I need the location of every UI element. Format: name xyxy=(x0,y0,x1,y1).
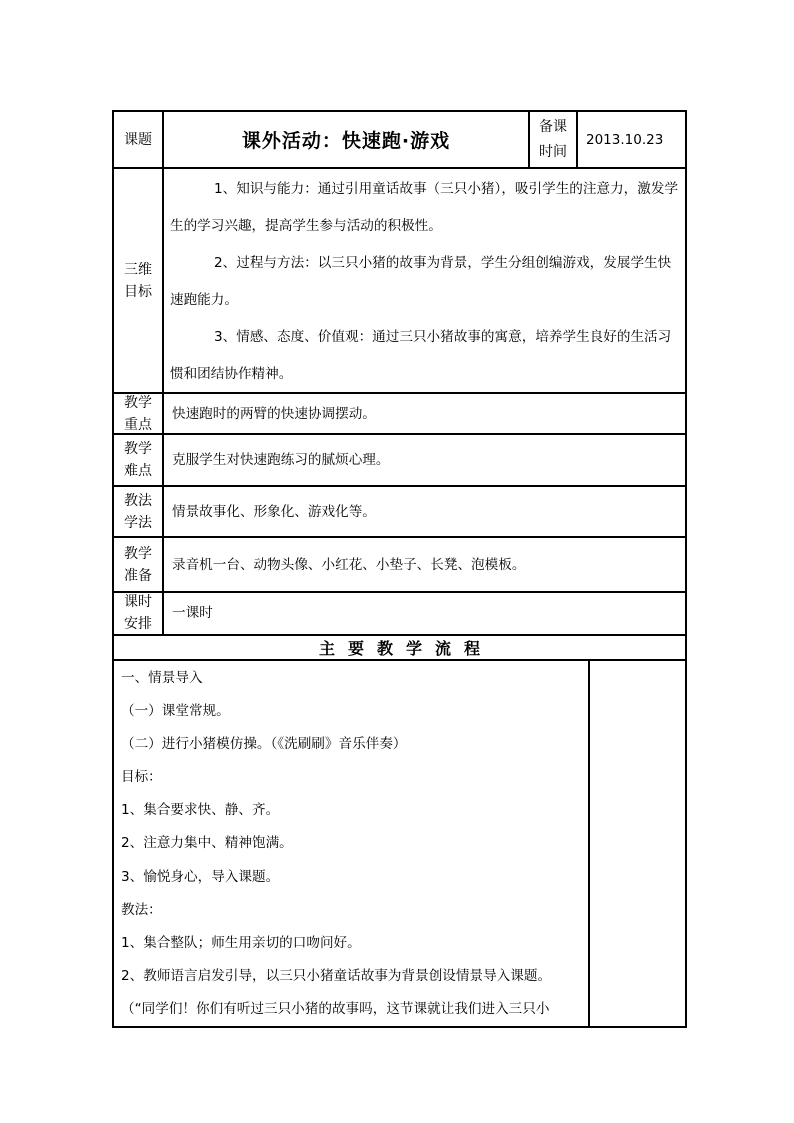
flow-line: 目标： xyxy=(121,761,580,794)
label-line: 教法 xyxy=(124,490,152,512)
focus-label-cell: 教学 重点 xyxy=(114,394,164,433)
goals-label-cell: 三维 目标 xyxy=(114,169,164,392)
table-row-methods: 教法 学法 情景故事化、形象化、游戏化等。 xyxy=(114,487,685,539)
lesson-title-cell: 课外活动：快速跑·游戏 xyxy=(164,112,530,167)
prep-label-line: 时间 xyxy=(539,140,567,165)
section-title: 主要教学流程 xyxy=(114,636,685,659)
flow-content-cell: 一、情景导入 （一）课堂常规。 （二）进行小猪模仿操。（《洗刷刷》音乐伴奏） 目… xyxy=(114,661,590,1026)
flow-line: 2、注意力集中、精神饱满。 xyxy=(121,827,580,860)
label-line: 准备 xyxy=(124,565,152,587)
focus-content: 快速跑时的两臂的快速协调摆动。 xyxy=(164,394,685,433)
flow-line: （“同学们！你们有听过三只小猪的故事吗，这节课就让我们进入三只小 xyxy=(121,993,580,1026)
lesson-title: 课外活动：快速跑·游戏 xyxy=(242,126,450,153)
prep-label-line: 备课 xyxy=(539,115,567,140)
prep-date: 2013.10.23 xyxy=(586,132,663,148)
topic-label: 课题 xyxy=(124,129,152,151)
table-row-focus: 教学 重点 快速跑时的两臂的快速协调摆动。 xyxy=(114,394,685,435)
notes-column xyxy=(590,661,685,1026)
label-line: 教学 xyxy=(124,543,152,565)
schedule-content: 一课时 xyxy=(164,593,685,634)
flow-line: 1、集合要求快、静、齐。 xyxy=(121,794,580,827)
schedule-label-cell: 课时 安排 xyxy=(114,593,164,634)
label-line: 目标 xyxy=(124,281,152,303)
table-row-flow: 一、情景导入 （一）课堂常规。 （二）进行小猪模仿操。（《洗刷刷》音乐伴奏） 目… xyxy=(114,661,685,1026)
label-line: 教学 xyxy=(124,438,152,460)
table-row-schedule: 课时 安排 一课时 xyxy=(114,593,685,636)
table-row-topic: 课题 课外活动：快速跑·游戏 备课 时间 2013.10.23 xyxy=(114,112,685,169)
label-line: 安排 xyxy=(124,613,152,634)
table-row-goals: 三维 目标 1、知识与能力：通过引用童话故事（三只小猪），吸引学生的注意力，激发… xyxy=(114,169,685,394)
prep-time-label-cell: 备课 时间 xyxy=(530,112,578,167)
prep-date-cell: 2013.10.23 xyxy=(578,112,685,167)
flow-line: 3、愉悦身心，导入课题。 xyxy=(121,861,580,894)
table-row-preparation: 教学 准备 录音机一台、动物头像、小红花、小垫子、长凳、泡模板。 xyxy=(114,538,685,592)
difficulty-content: 克服学生对快速跑练习的腻烦心理。 xyxy=(164,435,685,485)
flow-line: （二）进行小猪模仿操。（《洗刷刷》音乐伴奏） xyxy=(121,728,580,761)
goal-paragraph: 2、过程与方法：以三只小猪的故事为背景，学生分组创编游戏，发展学生快速跑能力。 xyxy=(170,245,679,319)
table-row-difficulty: 教学 难点 克服学生对快速跑练习的腻烦心理。 xyxy=(114,435,685,487)
flow-line: 教法： xyxy=(121,894,580,927)
goals-content-cell: 1、知识与能力：通过引用童话故事（三只小猪），吸引学生的注意力，激发学生的学习兴… xyxy=(164,169,685,392)
goal-paragraph: 1、知识与能力：通过引用童话故事（三只小猪），吸引学生的注意力，激发学生的学习兴… xyxy=(170,171,679,245)
methods-content: 情景故事化、形象化、游戏化等。 xyxy=(164,487,685,537)
flow-line: 2、教师语言启发引导，以三只小猪童话故事为背景创设情景导入课题。 xyxy=(121,960,580,993)
label-line: 三维 xyxy=(124,259,152,281)
methods-label-cell: 教法 学法 xyxy=(114,487,164,537)
label-line: 课时 xyxy=(124,593,152,614)
difficulty-label-cell: 教学 难点 xyxy=(114,435,164,485)
label-line: 难点 xyxy=(124,460,152,482)
document-page: 课题 课外活动：快速跑·游戏 备课 时间 2013.10.23 三维 目标 1、… xyxy=(0,0,794,1123)
label-line: 重点 xyxy=(124,414,152,434)
flow-line: （一）课堂常规。 xyxy=(121,695,580,728)
flow-line: 1、集合整队；师生用亲切的口吻问好。 xyxy=(121,927,580,960)
preparation-label-cell: 教学 准备 xyxy=(114,538,164,590)
topic-label-cell: 课题 xyxy=(114,112,164,167)
label-line: 教学 xyxy=(124,394,152,414)
lesson-plan-table: 课题 课外活动：快速跑·游戏 备课 时间 2013.10.23 三维 目标 1、… xyxy=(112,110,687,1028)
table-row-section-header: 主要教学流程 xyxy=(114,636,685,661)
goal-paragraph: 3、情感、态度、价值观：通过三只小猪故事的寓意，培养学生良好的生活习惯和团结协作… xyxy=(170,319,679,392)
label-line: 学法 xyxy=(124,512,152,534)
preparation-content: 录音机一台、动物头像、小红花、小垫子、长凳、泡模板。 xyxy=(164,538,685,590)
flow-line: 一、情景导入 xyxy=(121,662,580,695)
